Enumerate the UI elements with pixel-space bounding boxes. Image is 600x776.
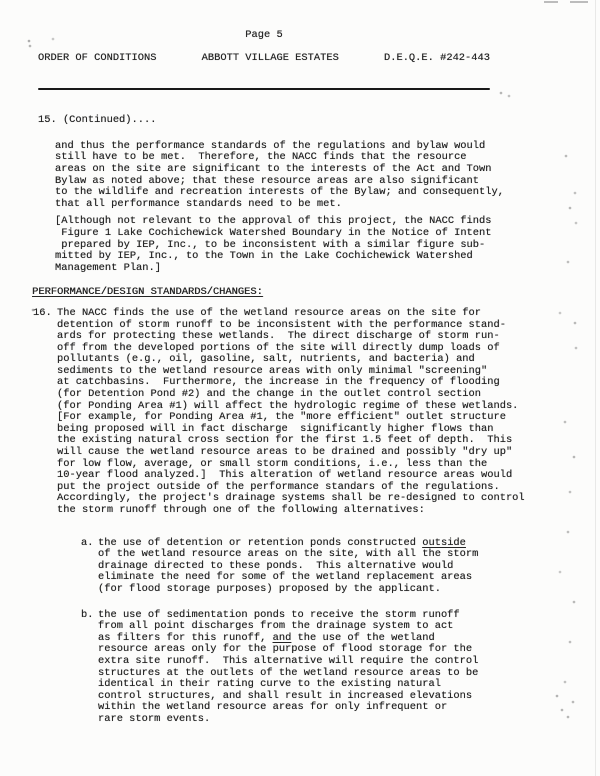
text-segment: the use of the wetland resource areas on… <box>98 632 478 725</box>
text-segment: of the wetland resource areas on the sit… <box>98 548 478 595</box>
header-project-name: ABBOTT VILLAGE ESTATES <box>202 53 339 65</box>
document-header: ORDER OF CONDITIONS ABBOTT VILLAGE ESTAT… <box>38 53 490 65</box>
underlined-word-and: and <box>273 632 292 644</box>
scan-edge-artifact <box>595 0 596 776</box>
scanned-document-page: Page 5 ORDER OF CONDITIONS ABBOTT VILLAG… <box>0 0 600 776</box>
alternative-a-text: the use of detention or retention ponds … <box>98 538 592 596</box>
alternative-a-marker: a. <box>81 538 93 550</box>
alternative-a: a. the use of detention or retention pon… <box>81 538 592 596</box>
item-15-paragraph-2-bracketed-note: [Although not relevant to the approval o… <box>55 216 592 274</box>
header-divider-line <box>38 88 490 90</box>
text-segment: the use of detention or retention ponds … <box>98 537 422 549</box>
alternative-b-marker: b. <box>81 610 93 622</box>
alternative-b-text: the use of sedimentation ponds to receiv… <box>98 610 592 726</box>
section-heading-performance-design-standards: PERFORMANCE/DESIGN STANDARDS/CHANGES: <box>32 287 592 299</box>
page-number: Page 5 <box>38 30 490 42</box>
header-file-number: D.E.Q.E. #242-443 <box>384 53 490 65</box>
item-15-continued-label: 15. (Continued).... <box>38 115 592 127</box>
item-16-number: 16. <box>33 308 52 320</box>
scan-noise-specks <box>0 0 2 2</box>
item-16: 16. The NACC finds the use of the wetlan… <box>33 308 592 517</box>
item-15-paragraph-1: and thus the performance standards of th… <box>55 141 592 211</box>
header-document-title: ORDER OF CONDITIONS <box>38 53 156 65</box>
alternative-b: b. the use of sedimentation ponds to rec… <box>81 610 592 726</box>
underlined-word-outside: outside <box>422 537 466 549</box>
item-16-body: The NACC finds the use of the wetland re… <box>57 308 592 517</box>
scan-artifact-dash <box>544 1 558 3</box>
scan-artifact-dash <box>570 1 588 3</box>
